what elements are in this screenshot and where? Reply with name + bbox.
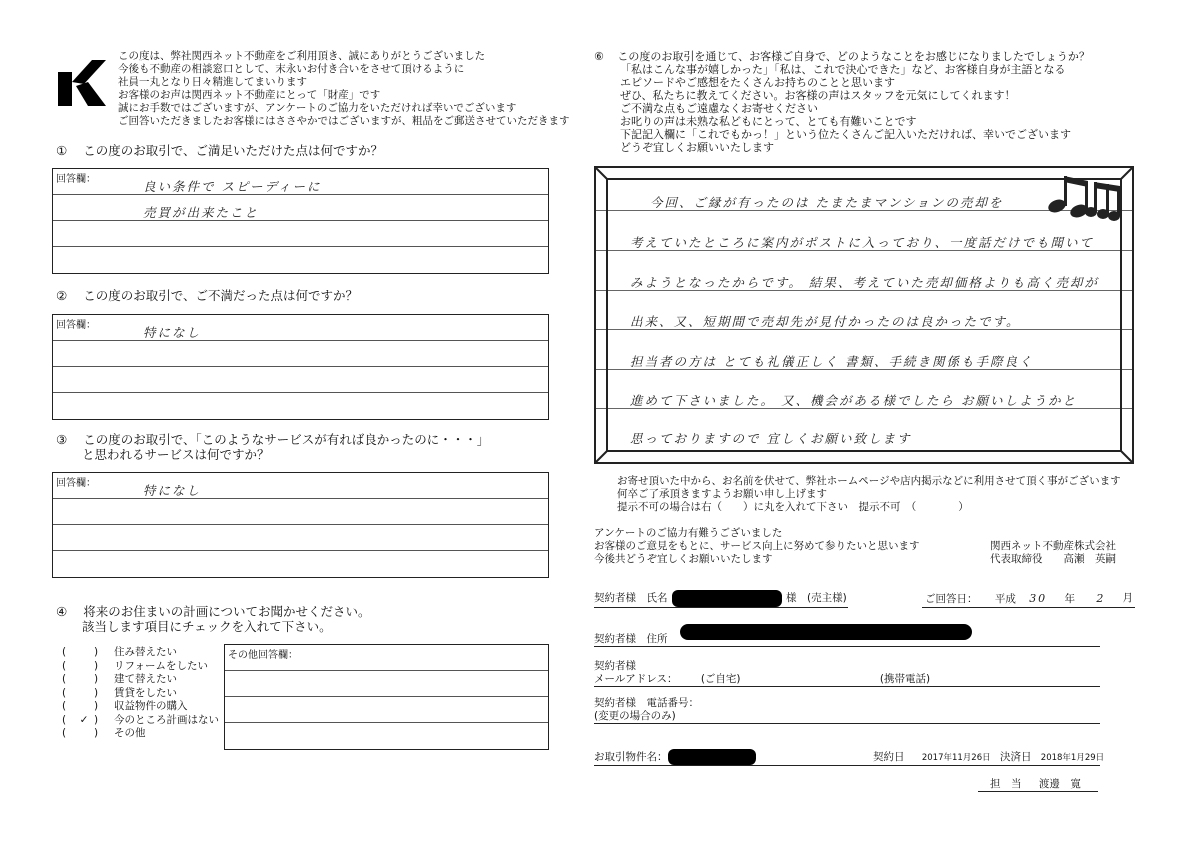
paren-open: ( — [62, 646, 74, 658]
staff-name: 渡邊 寛 — [1039, 778, 1081, 790]
contract-date: 2017年11月26日 — [922, 753, 991, 763]
comment-line-1: 今回、ご縁が有ったのは たまたまマンションの売却を — [650, 193, 1003, 211]
intro-text: この度は、弊社関西ネット不動産をご利用頂き、誠にありがとうございました 今後も不… — [118, 50, 570, 128]
plan-option[interactable]: ()その他 — [62, 727, 146, 739]
option-label: 今のところ計画はない — [114, 714, 219, 726]
disclosure-opt-out[interactable]: 提示不可の場合は右（ ）に丸を入れて下さい 提示不可 （ ） — [617, 501, 1121, 514]
other-answer-box[interactable]: その他回答欄： — [224, 644, 549, 750]
question-4: ④ 将来のお住まいの計画についてお聞かせください。 該当します項目にチェックを入… — [56, 604, 370, 634]
question-2: ② この度のお取引で、ご不満だった点は何ですか？ — [56, 288, 358, 303]
question-3: ③ この度のお取引で、「このようなサービスが有れば良かったのに・・・」 と思われ… — [56, 432, 489, 462]
answer-1-line-1: 良い条件で スピーディーに — [143, 177, 321, 195]
company-logo — [58, 60, 106, 106]
music-notes-icon — [1044, 172, 1128, 222]
representative-name: 代表取締役 高瀬 英嗣 — [990, 553, 1116, 566]
paren-open: ( — [62, 660, 74, 672]
plan-option[interactable]: ()収益物件の購入 — [62, 700, 188, 712]
option-label: その他 — [114, 727, 146, 739]
plan-option[interactable]: (✓)今のところ計画はない — [62, 714, 219, 726]
option-label: 賃貸をしたい — [114, 687, 177, 699]
redacted-address — [680, 624, 972, 640]
comment-line-5: 担当者の方は とても礼儀正しく 書類、手続き関係も手際良く — [630, 352, 1033, 370]
settlement-date: 2018年1月29日 — [1041, 753, 1104, 763]
option-label: リフォームをしたい — [114, 660, 208, 672]
paren-open: ( — [62, 687, 74, 699]
contract-dates: 契約日 2017年11月26日 決済日 2018年1月29日 — [873, 751, 1104, 765]
plan-option[interactable]: ()住み替えたい — [62, 646, 177, 658]
option-label: 建て替えたい — [114, 673, 177, 685]
email-mobile[interactable]: (携帯電話) — [880, 673, 930, 685]
answer-2-line-1: 特になし — [143, 323, 201, 341]
staff-in-charge: 担 当 渡邊 寛 — [990, 778, 1081, 791]
plan-option[interactable]: ()リフォームをしたい — [62, 660, 208, 672]
paren-open: ( — [62, 700, 74, 712]
answer-box-1[interactable]: 回答欄： 良い条件で スピーディーに 売買が出来たこと — [52, 168, 549, 274]
reply-date: ご回答日： 平成 30 年 2 月 — [925, 592, 1135, 606]
paren-close: ) — [94, 660, 114, 672]
paren-close: ) — [94, 727, 114, 739]
answer-box-2[interactable]: 回答欄： 特になし — [52, 314, 549, 420]
option-label: 住み替えたい — [114, 646, 177, 658]
comment-line-6: 進めて下さいました。 又、機会がある様でしたら お願いしようかと — [630, 391, 1077, 409]
paren-open: ( — [62, 727, 74, 739]
question-1: ① この度のお取引で、ご満足いただけた点は何ですか？ — [56, 143, 383, 158]
name-suffix: 様 (売主様) — [786, 592, 847, 605]
email-label: 契約者様 メールアドレス： (ご自宅) (携帯電話) — [594, 660, 930, 686]
paren-close: ) — [94, 673, 114, 685]
paren-open: ( — [62, 673, 74, 685]
plan-option[interactable]: ()建て替えたい — [62, 673, 177, 685]
company-signature: 関西ネット不動産株式会社 代表取締役 高瀬 英嗣 — [990, 540, 1116, 566]
paren-close: ) — [94, 687, 114, 699]
comment-line-7: 思っておりますので 宜しくお願い致します — [630, 429, 911, 447]
answer-box-3[interactable]: 回答欄： 特になし — [52, 472, 549, 578]
checkbox-mark[interactable]: ✓ — [74, 714, 94, 726]
reply-month-value[interactable]: 2 — [1096, 592, 1105, 605]
reply-year-value[interactable]: 30 — [1029, 592, 1047, 605]
thanks-message: アンケートのご協力有難うございました お客様のご意見をもとに、サービス向上に努め… — [594, 527, 920, 566]
paren-close: ) — [94, 646, 114, 658]
comment-line-2: 考えていたところに案内がポストに入っており、一度話だけでも聞いて — [630, 233, 1094, 251]
property-label: お取引物件名： — [594, 751, 668, 764]
plan-option[interactable]: ()賃貸をしたい — [62, 687, 177, 699]
comment-line-3: みようとなったからです。 結果、考えていた売却価格よりも高く売却が — [630, 273, 1099, 291]
option-label: 収益物件の購入 — [114, 700, 188, 712]
paren-close: ) — [94, 714, 114, 726]
phone-label: 契約者様 電話番号： (変更の場合のみ) — [594, 697, 699, 723]
question-6: ⑥ この度のお取引を通じて、お客様ご自身で、どのようなことをお感じになりましたで… — [594, 50, 1090, 154]
k-logo-icon — [58, 60, 106, 106]
email-home[interactable]: (ご自宅) — [701, 673, 741, 685]
paren-open: ( — [62, 714, 74, 726]
company-name: 関西ネット不動産株式会社 — [990, 540, 1116, 553]
redacted-name — [672, 590, 782, 607]
publication-notice: お寄せ頂いた中から、お名前を伏せて、弊社ホームページや店内掲示などに利用させて頂… — [617, 475, 1121, 514]
comment-line-4: 出来、又、短期間で売却先が見付かったのは良かったです。 — [630, 312, 1021, 330]
name-label: 契約者様 氏名 — [594, 592, 668, 605]
redacted-property — [668, 749, 756, 765]
address-label: 契約者様 住所 — [594, 633, 668, 646]
paren-close: ) — [94, 700, 114, 712]
answer-1-line-2: 売買が出来たこと — [143, 203, 259, 221]
answer-3-line-1: 特になし — [143, 481, 201, 499]
